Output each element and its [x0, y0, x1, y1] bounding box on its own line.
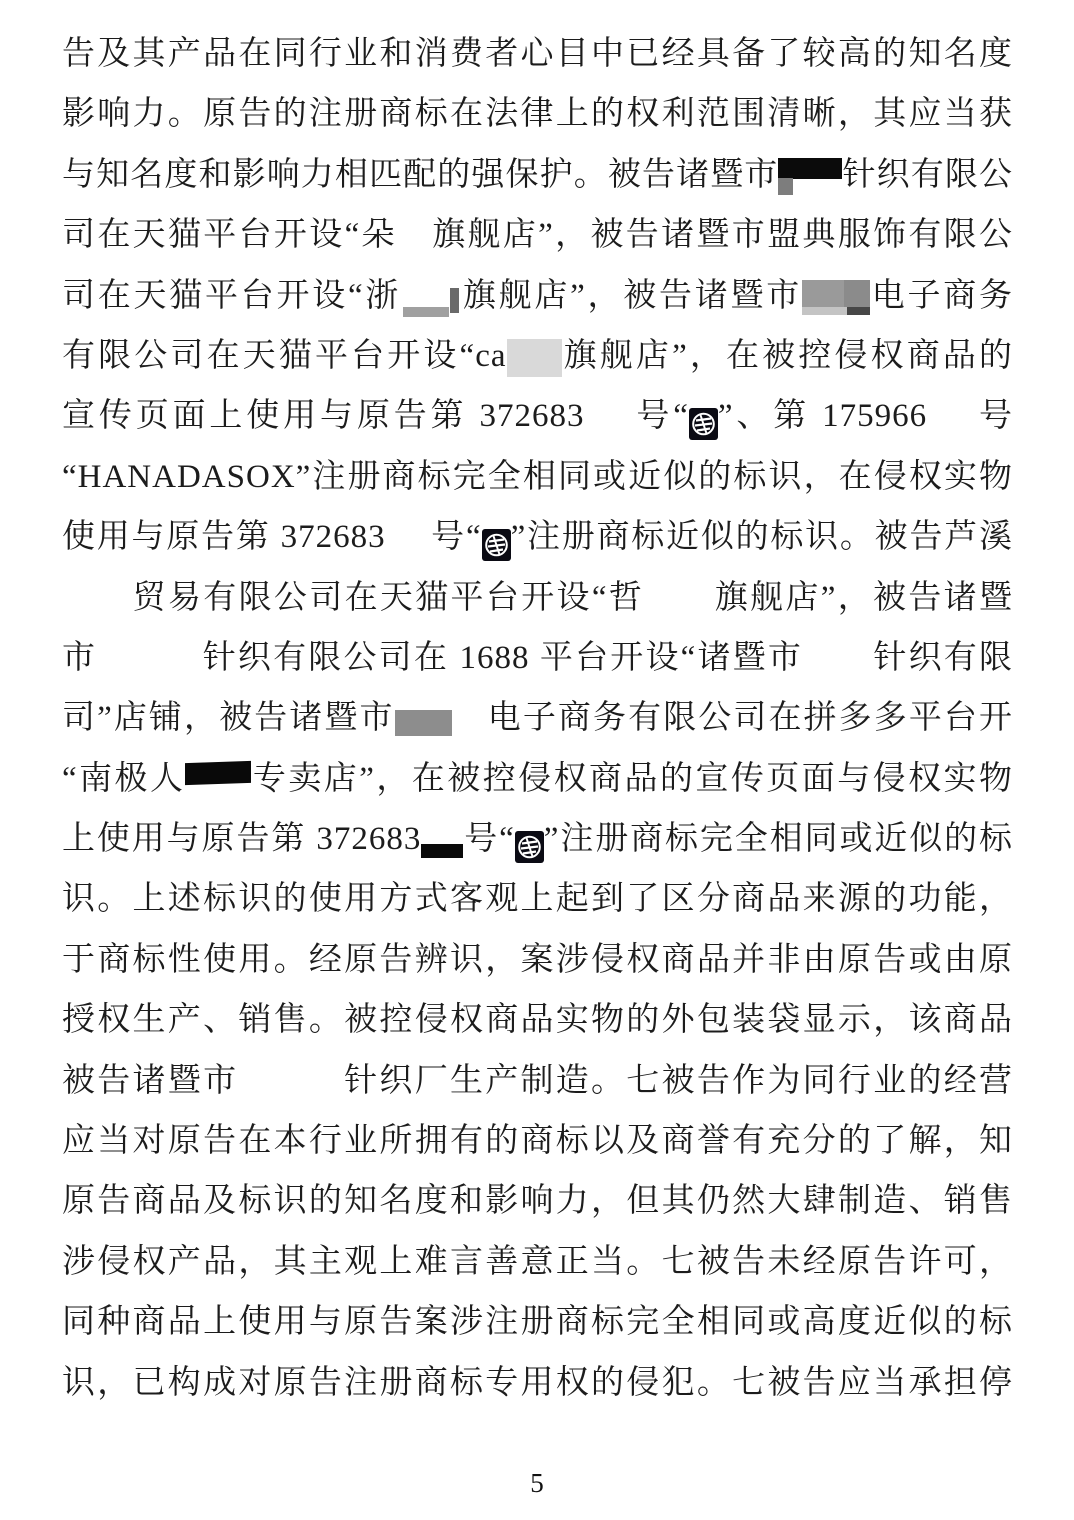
text-line: 原告商品及标识的知名度和影响力，但其仍然大肆制造、销售案	[62, 1171, 1013, 1231]
document-page: 告及其产品在同行业和消费者心目中已经具备了较高的知名度和影响力。原告的注册商标在…	[62, 24, 1013, 1413]
text-segment: 告及其产品在同行业和消费者心目中已经具备了较高的知名度和	[62, 36, 1013, 84]
text-segment: ”注册商标近似的标识。被告芦溪	[511, 519, 1013, 555]
text-segment: 号“	[463, 821, 514, 857]
text-segment: ”注册商标完全相同或近似的标	[544, 821, 1013, 857]
text-segment: 识。上述标识的使用方式客观上起到了区分商品来源的功能，属	[62, 881, 1013, 929]
text-segment: 司”店铺，被告诸暨市	[62, 700, 395, 736]
text-segment: 上使用与原告第 372683	[62, 821, 421, 857]
redaction-box-light	[507, 339, 562, 377]
text-segment: 与知名度和影响力相匹配的强保护。被告诸暨市	[62, 157, 778, 193]
text-line: 授权生产、销售。被控侵权商品实物的外包装袋显示，该商品由	[62, 990, 1013, 1050]
text-segment: 涉侵权产品，其主观上难言善意正当。七被告未经原告许可，在	[62, 1244, 1013, 1292]
text-segment: 被告诸暨市 针织厂生产制造。七被告作为同行业的经营者，	[62, 1063, 1013, 1111]
text-segment: 专卖店”，在被控侵权商品的宣传页面与侵权实物	[251, 761, 1013, 797]
text-segment: 市 针织有限公司在 1688 平台开设“诸暨市 针织有限公	[62, 640, 1013, 688]
trademark-logo-icon	[515, 823, 544, 855]
text-line: 司在天猫平台开设“浙旗舰店”，被告诸暨市电子商务	[62, 266, 1013, 326]
text-line: 识，已构成对原告注册商标专用权的侵犯。七被告应当承担停止	[62, 1353, 1013, 1413]
redaction-box-gray-two	[802, 280, 870, 315]
text-segment: 使用与原告第 372683 号“	[62, 519, 482, 555]
redaction-box-black-low	[421, 844, 463, 858]
text-segment: 司在天猫平台开设“朵 旗舰店”，被告诸暨市盟典服饰有限公	[62, 217, 1013, 253]
text-segment: 同种商品上使用与原告案涉注册商标完全相同或高度近似的标	[62, 1304, 1013, 1340]
text-segment: 有限公司在天猫平台开设“ca	[62, 338, 507, 374]
text-line: 司”店铺，被告诸暨市 电子商务有限公司在拼多多平台开设	[62, 688, 1013, 748]
redaction-box-black-tab	[778, 158, 842, 179]
text-segment: 影响力。原告的注册商标在法律上的权利范围清晰，其应当获得	[62, 96, 1013, 144]
text-segment: 授权生产、销售。被控侵权商品实物的外包装袋显示，该商品由	[62, 1002, 1013, 1050]
text-segment: 应当对原告在本行业所拥有的商标以及商誉有充分的了解，知悉	[62, 1123, 1013, 1171]
text-line: 与知名度和影响力相匹配的强保护。被告诸暨市针织有限公	[62, 145, 1013, 205]
text-line: “HANADASOX”注册商标完全相同或近似的标识，在侵权实物上	[62, 447, 1013, 507]
text-segment: 旗舰店”，被告诸暨市	[461, 278, 802, 314]
text-segment: 电子商务	[870, 278, 1013, 314]
text-line: 贸易有限公司在天猫平台开设“哲 旗舰店”，被告诸暨	[62, 568, 1013, 628]
text-segment: “HANADASOX”注册商标完全相同或近似的标识，在侵权实物上	[62, 459, 1013, 507]
text-segment: “南极人	[62, 761, 185, 797]
text-segment: 宣传页面上使用与原告第 372683 号“	[62, 398, 689, 434]
text-segment: 原告商品及标识的知名度和影响力，但其仍然大肆制造、销售案	[62, 1183, 1013, 1231]
text-line: 影响力。原告的注册商标在法律上的权利范围清晰，其应当获得	[62, 84, 1013, 144]
text-line: 上使用与原告第 372683号“”注册商标完全相同或近似的标	[62, 809, 1013, 869]
text-segment: 于商标性使用。经原告辨识，案涉侵权商品并非由原告或由原告	[62, 942, 1013, 990]
redaction-box-gray	[395, 710, 452, 736]
redaction-box-smudge	[401, 285, 461, 319]
text-line: 市 针织有限公司在 1688 平台开设“诸暨市 针织有限公	[62, 628, 1013, 688]
text-line: 涉侵权产品，其主观上难言善意正当。七被告未经原告许可，在	[62, 1232, 1013, 1292]
text-line: 告及其产品在同行业和消费者心目中已经具备了较高的知名度和	[62, 24, 1013, 84]
text-line: 同种商品上使用与原告案涉注册商标完全相同或高度近似的标	[62, 1292, 1013, 1352]
text-line: 于商标性使用。经原告辨识，案涉侵权商品并非由原告或由原告	[62, 930, 1013, 990]
text-line: 使用与原告第 372683 号“”注册商标近似的标识。被告芦溪	[62, 507, 1013, 567]
text-line: 被告诸暨市 针织厂生产制造。七被告作为同行业的经营者，	[62, 1051, 1013, 1111]
page-number: 5	[0, 1468, 1074, 1499]
text-segment: 贸易有限公司在天猫平台开设“哲 旗舰店”，被告诸暨	[62, 580, 1013, 616]
trademark-logo-icon	[689, 400, 718, 432]
text-line: 应当对原告在本行业所拥有的商标以及商誉有充分的了解，知悉	[62, 1111, 1013, 1171]
text-segment: 司在天猫平台开设“浙	[62, 278, 401, 314]
redaction-box-black-top	[185, 761, 251, 785]
text-line: 司在天猫平台开设“朵 旗舰店”，被告诸暨市盟典服饰有限公	[62, 205, 1013, 265]
text-line: “南极人专卖店”，在被控侵权商品的宣传页面与侵权实物	[62, 749, 1013, 809]
text-segment: ”、第 175966 号	[718, 398, 1013, 434]
text-segment: 旗舰店”，在被控侵权商品的	[562, 338, 1013, 374]
text-line: 宣传页面上使用与原告第 372683 号“”、第 175966 号	[62, 386, 1013, 446]
text-line: 有限公司在天猫平台开设“ca旗舰店”，在被控侵权商品的	[62, 326, 1013, 386]
text-segment: 针织有限公	[842, 157, 1013, 193]
trademark-logo-icon	[482, 521, 511, 553]
text-line: 识。上述标识的使用方式客观上起到了区分商品来源的功能，属	[62, 869, 1013, 929]
text-segment: 识，已构成对原告注册商标专用权的侵犯。七被告应当承担停止	[62, 1365, 1013, 1413]
